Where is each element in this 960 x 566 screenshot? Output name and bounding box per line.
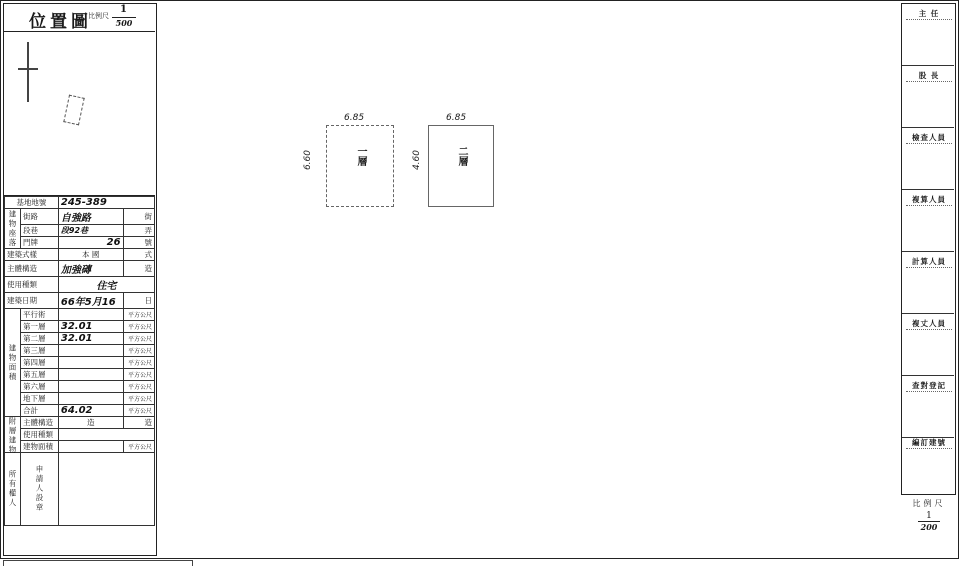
area-row-unit: 平方公尺 xyxy=(123,321,154,333)
floor-plan-drawing xyxy=(160,3,900,556)
location-map-header: 位置圖 比例尺 1 500 xyxy=(4,4,155,32)
floor1-label: 一層 xyxy=(353,146,368,166)
table-row: 建物面積 平方公尺 xyxy=(5,441,155,453)
annex-structure-suffix: 造 xyxy=(123,417,154,429)
approval-stamp-column: 主 任 股 長 檢查人員 複算人員 計算人員 複丈人員 查對登記 編訂建號 xyxy=(901,3,956,495)
plan-scale-denominator: 200 xyxy=(918,521,940,532)
annex-area-value xyxy=(58,441,123,453)
table-row: 第四層 平方公尺 xyxy=(5,357,155,369)
door-label: 門牌 xyxy=(21,237,59,249)
area-row-value xyxy=(58,357,123,369)
area-row-label: 第一層 xyxy=(21,321,59,333)
floor1-depth-dimension: 6.60 xyxy=(303,150,313,170)
area-row-unit: 平方公尺 xyxy=(123,369,154,381)
table-row: 使用種類 xyxy=(5,429,155,441)
annex-structure-label: 主體構造 xyxy=(21,417,59,429)
north-arrow-crossbar xyxy=(18,68,38,70)
structure-suffix: 造 xyxy=(123,261,154,277)
area-row-unit: 平方公尺 xyxy=(123,357,154,369)
table-row: 第五層 平方公尺 xyxy=(5,369,155,381)
annex-area-unit: 平方公尺 xyxy=(123,441,154,453)
lot-number-value: 245-389 xyxy=(58,197,154,209)
stamp-label: 計算人員 xyxy=(906,256,952,268)
area-row-value: 32.01 xyxy=(58,333,123,345)
building-info-table: 基地地號 245-389 建物座落 街路 自強路 街 段巷 段92巷 弄 門牌 … xyxy=(4,196,155,526)
area-row-value xyxy=(58,369,123,381)
street-suffix: 街 xyxy=(123,209,154,225)
table-row: 段巷 段92巷 弄 xyxy=(5,225,155,237)
floor2-depth-dimension: 4.60 xyxy=(412,150,422,170)
stamp-label: 複丈人員 xyxy=(906,318,952,330)
annex-use-label: 使用種類 xyxy=(21,429,59,441)
table-row: 第二層 32.01 平方公尺 xyxy=(5,333,155,345)
table-row: 所有權人 申請人設章 xyxy=(5,453,155,526)
section-label: 段巷 xyxy=(21,225,59,237)
stamp-label: 複算人員 xyxy=(906,194,952,206)
structure-label: 主體構造 xyxy=(5,261,59,277)
area-row-label: 地下層 xyxy=(21,393,59,405)
table-row: 建築式樣 本 國 式 xyxy=(5,249,155,261)
floor2-width-dimension: 6.85 xyxy=(446,113,466,123)
location-map xyxy=(4,32,155,196)
area-row-unit: 平方公尺 xyxy=(123,405,154,417)
annex-area-label: 建物面積 xyxy=(21,441,59,453)
location-scale-numerator: 1 xyxy=(120,4,127,15)
section-suffix: 弄 xyxy=(123,225,154,237)
style-label: 建築式樣 xyxy=(5,249,59,261)
area-row-label: 第三層 xyxy=(21,345,59,357)
table-row: 使用種類 住宅 xyxy=(5,277,155,293)
plan-scale: 比例尺 1 200 xyxy=(902,498,956,532)
stamp-label: 主 任 xyxy=(906,8,952,20)
applicant-seal-area xyxy=(58,453,154,526)
street-value: 自強路 xyxy=(58,209,123,225)
annex-group-label: 附層建物 xyxy=(5,417,21,453)
table-row: 第六層 平方公尺 xyxy=(5,381,155,393)
area-row-unit: 平方公尺 xyxy=(123,345,154,357)
stamp-cell-section-chief: 股 長 xyxy=(902,66,954,128)
stamp-cell-director: 主 任 xyxy=(902,4,954,66)
floor2-outline: 二層 xyxy=(428,125,494,207)
table-row: 第一層 32.01 平方公尺 xyxy=(5,321,155,333)
table-row: 建築日期 66年5月16 日 xyxy=(5,293,155,309)
area-row-value xyxy=(58,381,123,393)
area-row-label: 第二層 xyxy=(21,333,59,345)
owner-group-label: 所有權人 xyxy=(5,453,21,526)
stamp-label: 檢查人員 xyxy=(906,132,952,144)
plan-scale-label: 比例尺 xyxy=(902,498,956,509)
stamp-cell-recalculator: 複算人員 xyxy=(902,190,954,252)
stamp-cell-inspector: 檢查人員 xyxy=(902,128,954,190)
area-row-value: 64.02 xyxy=(58,405,123,417)
location-map-title: 位置圖 xyxy=(29,7,92,32)
floor2-label: 二層 xyxy=(454,146,469,166)
door-suffix: 號 xyxy=(123,237,154,249)
table-row: 建物座落 街路 自強路 街 xyxy=(5,209,155,225)
stamp-cell-surveyor: 複丈人員 xyxy=(902,314,954,376)
area-row-label: 合計 xyxy=(21,405,59,417)
floor1-outline: 一層 xyxy=(326,125,394,207)
address-group-label: 建物座落 xyxy=(5,209,21,249)
stamp-label: 查對登記 xyxy=(906,380,952,392)
applicant-seal-label: 申請人設章 xyxy=(21,453,59,526)
annex-structure-value: 造 xyxy=(58,417,123,429)
table-row: 地下層 平方公尺 xyxy=(5,393,155,405)
table-row: 基地地號 245-389 xyxy=(5,197,155,209)
location-scale-denominator: 500 xyxy=(112,17,136,28)
table-row: 門牌 26 號 xyxy=(5,237,155,249)
area-row-unit: 平方公尺 xyxy=(123,393,154,405)
table-row: 合計 64.02 平方公尺 xyxy=(5,405,155,417)
floor1-width-dimension: 6.85 xyxy=(344,113,364,123)
date-label: 建築日期 xyxy=(5,293,59,309)
area-row-unit: 平方公尺 xyxy=(123,309,154,321)
area-row-unit: 平方公尺 xyxy=(123,381,154,393)
stamp-label: 編訂建號 xyxy=(906,437,952,449)
style-suffix: 式 xyxy=(123,249,154,261)
structure-value: 加強磚 xyxy=(58,261,123,277)
area-row-value xyxy=(58,345,123,357)
area-row-label: 第五層 xyxy=(21,369,59,381)
area-row-label: 第六層 xyxy=(21,381,59,393)
location-scale-label: 比例尺 xyxy=(88,11,109,21)
area-row-value: 32.01 xyxy=(58,321,123,333)
footer-strip xyxy=(3,560,193,566)
north-arrow-icon xyxy=(27,42,29,102)
stamp-cell-calculator: 計算人員 xyxy=(902,252,954,314)
annex-use-value xyxy=(58,429,154,441)
table-row: 主體構造 加強磚 造 xyxy=(5,261,155,277)
section-value: 段92巷 xyxy=(58,225,123,237)
area-row-value xyxy=(58,393,123,405)
use-value: 住宅 xyxy=(58,277,154,293)
stamp-label: 股 長 xyxy=(906,70,952,82)
stamp-cell-registration-check: 查對登記 xyxy=(902,376,954,438)
street-label: 街路 xyxy=(21,209,59,225)
table-row: 建物面積 平行術 平方公尺 xyxy=(5,309,155,321)
area-row-value xyxy=(58,309,123,321)
area-group-label: 建物面積 xyxy=(5,309,21,417)
lot-number-label: 基地地號 xyxy=(5,197,59,209)
date-value: 66年5月16 xyxy=(58,293,123,309)
style-value: 本 國 xyxy=(58,249,123,261)
use-label: 使用種類 xyxy=(5,277,59,293)
date-suffix: 日 xyxy=(123,293,154,309)
table-row: 附層建物 主體構造 造 造 xyxy=(5,417,155,429)
door-value: 26 xyxy=(58,237,123,249)
location-panel: 位置圖 比例尺 1 500 基地地號 245-389 建物座落 街路 自強路 街… xyxy=(3,3,157,556)
building-location-marker xyxy=(63,95,84,126)
area-row-unit: 平方公尺 xyxy=(123,333,154,345)
area-row-label: 第四層 xyxy=(21,357,59,369)
plan-scale-numerator: 1 xyxy=(902,511,956,521)
table-row: 第三層 平方公尺 xyxy=(5,345,155,357)
stamp-cell-building-number: 編訂建號 xyxy=(902,438,954,493)
area-row-label: 平行術 xyxy=(21,309,59,321)
